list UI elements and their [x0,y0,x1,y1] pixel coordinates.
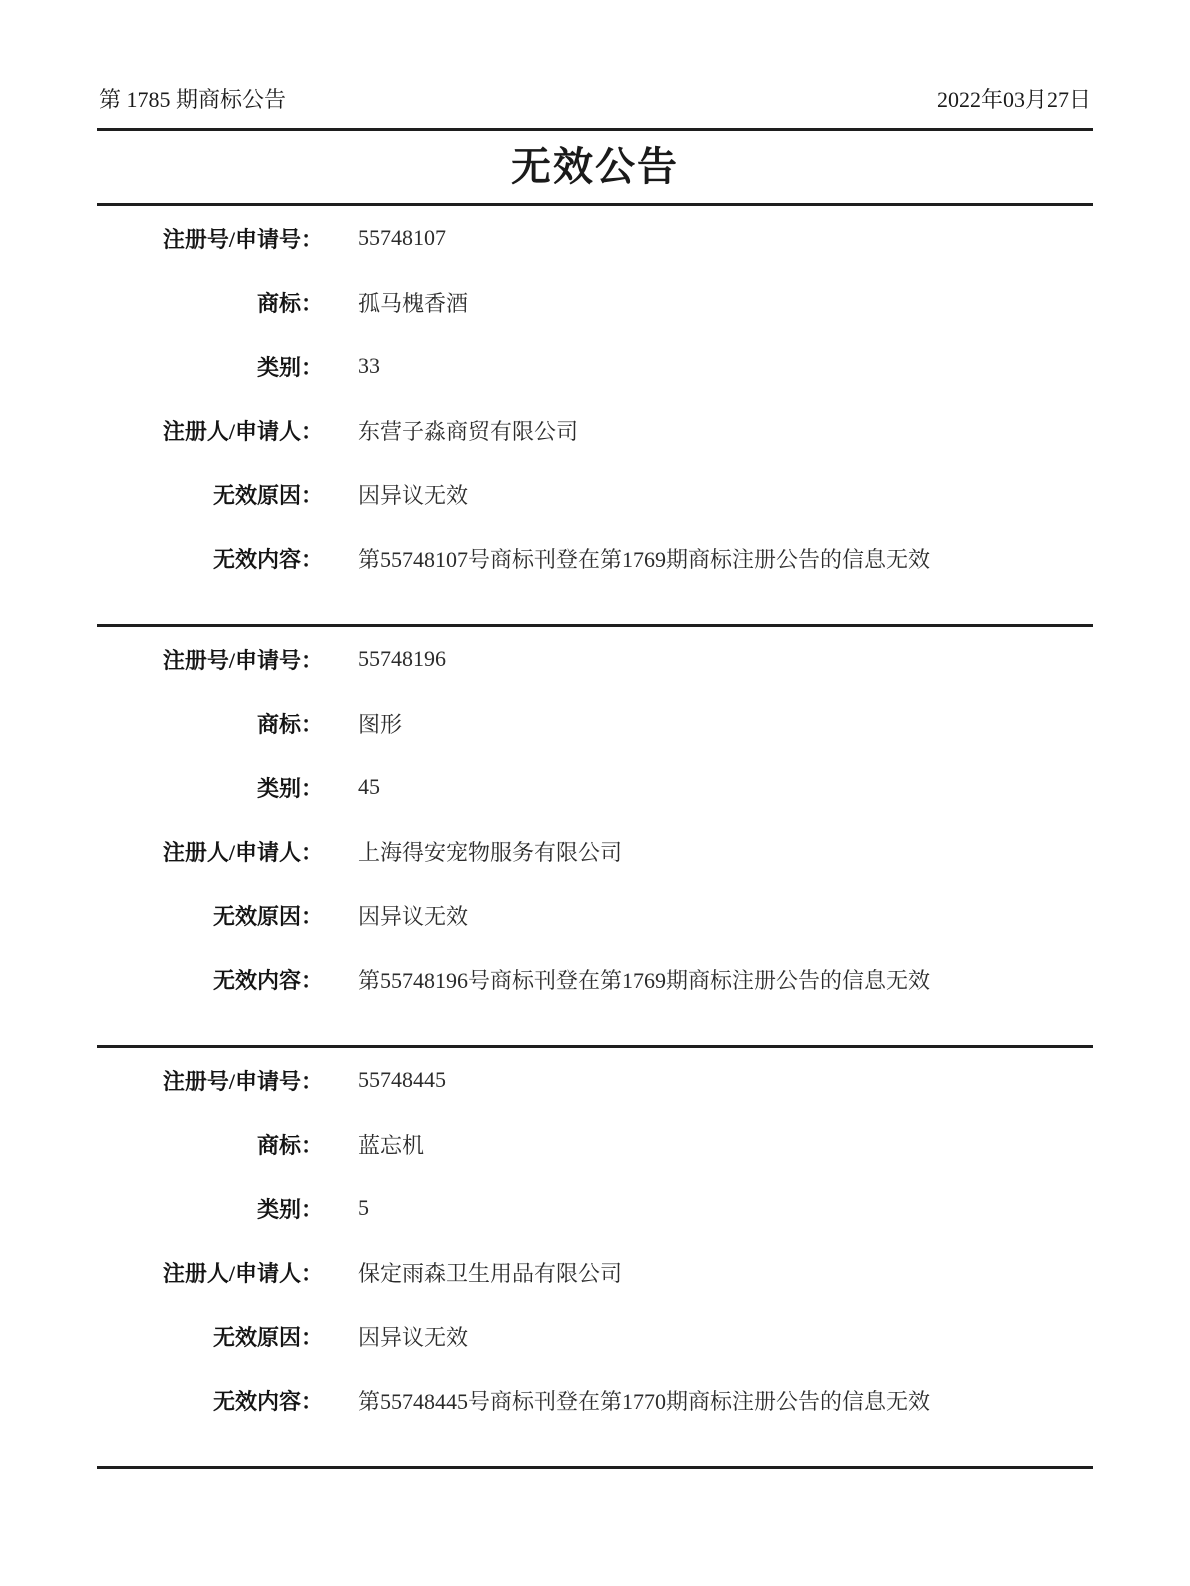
content-value: 第55748445号商标刊登在第1770期商标注册公告的信息无效 [358,1385,930,1416]
record-row-class: 类别： 33 [97,334,1093,398]
content-value: 第55748196号商标刊登在第1769期商标注册公告的信息无效 [358,964,930,995]
record-row-reg-no: 注册号/申请号： 55748196 [97,627,1093,691]
trademark-label: 商标： [97,708,323,739]
reason-value: 因异议无效 [358,1321,468,1352]
class-value: 5 [358,1195,369,1221]
registrant-label: 注册人/申请人： [97,415,323,446]
class-value: 33 [358,353,380,379]
record-row-registrant: 注册人/申请人： 东营子淼商贸有限公司 [97,398,1093,462]
registrant-label: 注册人/申请人： [97,1257,323,1288]
record-row-trademark: 商标： 蓝忘机 [97,1112,1093,1176]
record-row-content: 无效内容： 第55748196号商标刊登在第1769期商标注册公告的信息无效 [97,947,1093,1011]
record-row-reason: 无效原因： 因异议无效 [97,1304,1093,1368]
class-label: 类别： [97,1193,323,1224]
record-row-content: 无效内容： 第55748107号商标刊登在第1769期商标注册公告的信息无效 [97,526,1093,590]
reg-no-value: 55748107 [358,225,446,251]
class-value: 45 [358,774,380,800]
record-row-class: 类别： 45 [97,755,1093,819]
registrant-value: 东营子淼商贸有限公司 [358,415,578,446]
trademark-label: 商标： [97,287,323,318]
page-header: 第 1785 期商标公告 2022年03月27日 [97,86,1093,128]
reg-no-label: 注册号/申请号： [97,644,323,675]
trademark-record: 注册号/申请号： 55748196 商标： 图形 类别： 45 注册人/申请人：… [97,627,1093,1011]
reason-value: 因异议无效 [358,900,468,931]
header-divider [97,128,1093,131]
content-label: 无效内容： [97,1385,323,1416]
content-label: 无效内容： [97,543,323,574]
record-row-registrant: 注册人/申请人： 上海得安宠物服务有限公司 [97,819,1093,883]
record-row-reason: 无效原因： 因异议无效 [97,883,1093,947]
trademark-record: 注册号/申请号： 55748107 商标： 孤马槐香酒 类别： 33 注册人/申… [97,206,1093,590]
class-label: 类别： [97,772,323,803]
content-label: 无效内容： [97,964,323,995]
trademark-record: 注册号/申请号： 55748445 商标： 蓝忘机 类别： 5 注册人/申请人：… [97,1048,1093,1432]
record-row-class: 类别： 5 [97,1176,1093,1240]
reason-label: 无效原因： [97,479,323,510]
gazette-date-label: 2022年03月27日 [937,86,1091,114]
reg-no-label: 注册号/申请号： [97,223,323,254]
reason-value: 因异议无效 [358,479,468,510]
trademark-label: 商标： [97,1129,323,1160]
gazette-issue-label: 第 1785 期商标公告 [99,86,286,114]
reg-no-label: 注册号/申请号： [97,1065,323,1096]
record-row-trademark: 商标： 图形 [97,691,1093,755]
record-row-trademark: 商标： 孤马槐香酒 [97,270,1093,334]
trademark-value: 图形 [358,708,402,739]
record-row-registrant: 注册人/申请人： 保定雨森卫生用品有限公司 [97,1240,1093,1304]
content-value: 第55748107号商标刊登在第1769期商标注册公告的信息无效 [358,543,930,574]
reg-no-value: 55748196 [358,646,446,672]
trademark-value: 孤马槐香酒 [358,287,468,318]
record-row-reg-no: 注册号/申请号： 55748107 [97,206,1093,270]
gazette-page: 第 1785 期商标公告 2022年03月27日 无效公告 注册号/申请号： 5… [0,0,1190,1586]
page-bottom-divider [97,1466,1093,1469]
record-row-content: 无效内容： 第55748445号商标刊登在第1770期商标注册公告的信息无效 [97,1368,1093,1432]
reason-label: 无效原因： [97,1321,323,1352]
registrant-value: 保定雨森卫生用品有限公司 [358,1257,622,1288]
class-label: 类别： [97,351,323,382]
registrant-label: 注册人/申请人： [97,836,323,867]
reason-label: 无效原因： [97,900,323,931]
registrant-value: 上海得安宠物服务有限公司 [358,836,622,867]
record-row-reg-no: 注册号/申请号： 55748445 [97,1048,1093,1112]
trademark-value: 蓝忘机 [358,1129,424,1160]
page-title: 无效公告 [97,144,1093,190]
reg-no-value: 55748445 [358,1067,446,1093]
record-row-reason: 无效原因： 因异议无效 [97,462,1093,526]
